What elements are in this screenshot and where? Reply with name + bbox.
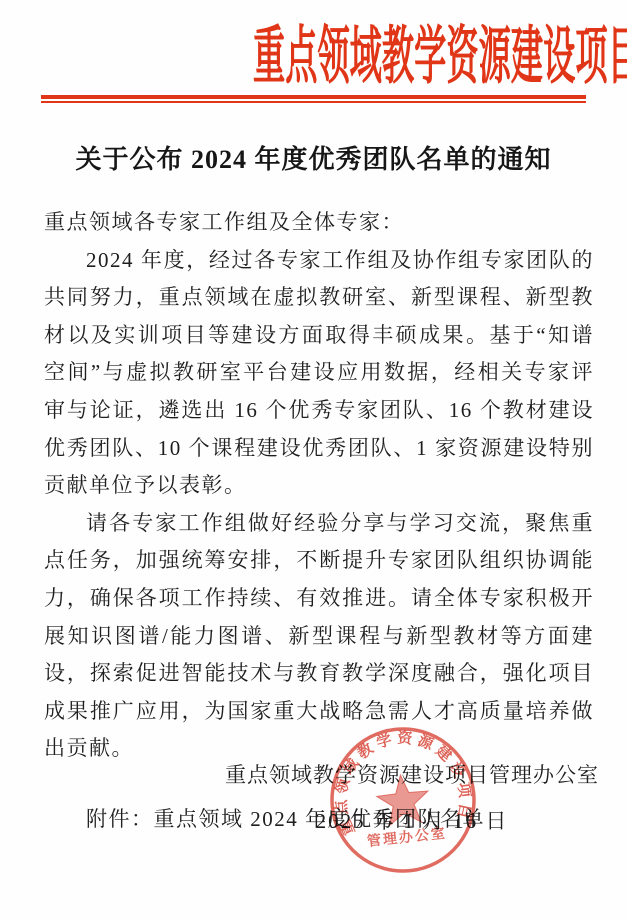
signature-block: 重点领域教学资源建设项目管理办公室 2025 年 1 月 16 日 <box>225 761 599 835</box>
notice-title: 关于公布 2024 年度优秀团队名单的通知 <box>20 139 607 176</box>
letterhead-rule <box>41 95 586 103</box>
signature-organization: 重点领域教学资源建设项目管理办公室 <box>225 761 599 789</box>
notice-body: 重点领域各专家工作组及全体专家： 2024 年度，经过各专家工作组及协作组专家团… <box>44 204 594 839</box>
paragraph-1: 2024 年度，经过各专家工作组及协作组专家团队的共同努力，重点领域在虚拟教研室… <box>44 242 594 505</box>
paragraph-2: 请各专家工作组做好经验分享与学习交流，聚焦重点任务，加强统筹安排，不断提升专家团… <box>44 505 594 768</box>
document-page: 重点领域教学资源建设项目管理办公室 关于公布 2024 年度优秀团队名单的通知 … <box>0 0 627 919</box>
letterhead: 重点领域教学资源建设项目管理办公室 <box>0 22 627 92</box>
salutation-line: 重点领域各专家工作组及全体专家： <box>44 204 594 242</box>
signature-date: 2025 年 1 月 16 日 <box>225 807 599 835</box>
letterhead-title: 重点领域教学资源建设项目管理办公室 <box>253 21 627 92</box>
